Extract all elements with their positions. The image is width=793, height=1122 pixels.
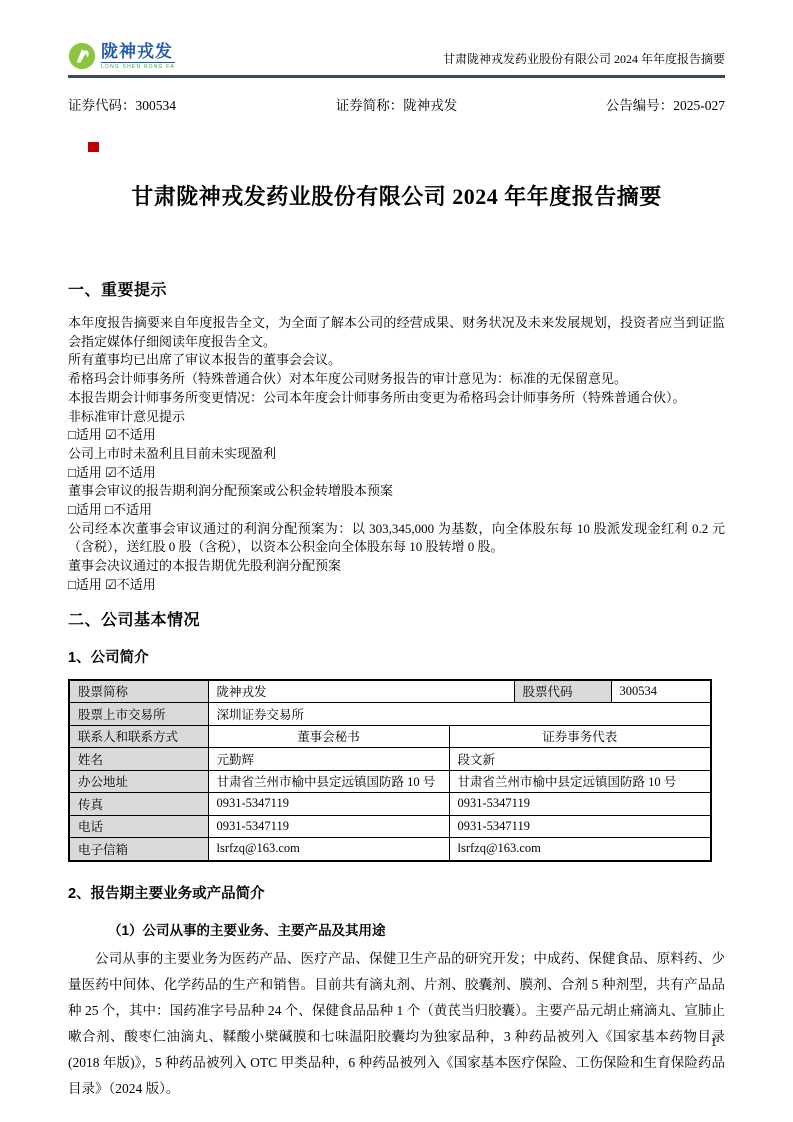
contact-representative-header-cell: 证券事务代表 (449, 725, 711, 748)
brand-subtitle: LONG SHEN RONG FA (101, 62, 175, 70)
company-profile-table: 股票简称 陇神戎发 股票代码 300534 股票上市交易所 深圳证券交易所 联系… (68, 679, 712, 862)
section-2-heading: 二、公司基本情况 (68, 607, 725, 630)
paragraph-line: 非标准审计意见提示 (68, 408, 725, 427)
page-header: 陇神戎发 LONG SHEN RONG FA 甘肃陇神戎发药业股份有限公司 20… (68, 0, 725, 78)
business-description: 公司从事的主要业务为医药产品、医疗产品、保健卫生产品的研究开发；中成药、保健食品… (68, 946, 725, 1102)
representative-value-cell: 段文新 (449, 748, 711, 771)
section-1-body: 本年度报告摘要来自年度报告全文，为全面了解本公司的经营成果、财务状况及未来发展规… (68, 314, 725, 595)
representative-value-cell: 0931-5347119 (449, 815, 711, 838)
securities-row: 证券代码：300534 证券简称：陇神戎发 公告编号：2025-027 (68, 94, 725, 114)
report-page: 陇神戎发 LONG SHEN RONG FA 甘肃陇神戎发药业股份有限公司 20… (0, 0, 793, 1122)
row-label-cell: 电子信箱 (69, 838, 208, 861)
brand-text: 陇神戎发 LONG SHEN RONG FA (101, 43, 175, 70)
exchange-value-cell: 深圳证券交易所 (208, 703, 711, 726)
stock-abbr-value-cell: 陇神戎发 (208, 680, 514, 703)
table-row: 姓名 元勤辉 段文新 (69, 748, 711, 771)
logo-icon (68, 42, 96, 70)
table-row: 电子信箱 lsrfzq@163.com lsrfzq@163.com (69, 838, 711, 861)
company-logo: 陇神戎发 LONG SHEN RONG FA (68, 42, 175, 70)
table-row: 联系人和联系方式 董事会秘书 证券事务代表 (69, 725, 711, 748)
contact-secretary-header-cell: 董事会秘书 (208, 725, 449, 748)
paragraph-line: 董事会决议通过的本报告期优先股利润分配预案 (68, 557, 725, 576)
paragraph-line: 公司上市时未盈利且目前未实现盈利 (68, 445, 725, 464)
paragraph-line: 公司经本次董事会审议通过的利润分配预案为：以 303,345,000 为基数，向… (68, 520, 725, 557)
secretary-value-cell: 0931-5347119 (208, 815, 449, 838)
stock-code-label-cell: 股票代码 (514, 680, 611, 703)
document-title: 甘肃陇神戎发药业股份有限公司 2024 年年度报告摘要 (60, 180, 733, 211)
paragraph-line: 所有董事均已出席了审议本报告的董事会会议。 (68, 351, 725, 370)
row-label-cell: 电话 (69, 815, 208, 838)
checkbox-line: □适用 ☑不适用 (68, 576, 725, 595)
brand-name: 陇神戎发 (101, 43, 175, 60)
table-row: 股票简称 陇神戎发 股票代码 300534 (69, 680, 711, 703)
paragraph-line: 希格玛会计师事务所（特殊普通合伙）对本年度公司财务报告的审计意见为：标准的无保留… (68, 370, 725, 389)
table-row: 办公地址 甘肃省兰州市榆中县定远镇国防路 10 号 甘肃省兰州市榆中县定远镇国防… (69, 770, 711, 793)
representative-value-cell: lsrfzq@163.com (449, 838, 711, 861)
stock-code-value-cell: 300534 (611, 680, 711, 703)
subsection-business-heading: 2、报告期主要业务或产品简介 (68, 882, 725, 903)
secretary-value-cell: 0931-5347119 (208, 793, 449, 816)
paragraph-line: 本年度报告摘要来自年度报告全文，为全面了解本公司的经营成果、财务状况及未来发展规… (68, 314, 725, 351)
table-row: 电话 0931-5347119 0931-5347119 (69, 815, 711, 838)
row-label-cell: 姓名 (69, 748, 208, 771)
table-row: 传真 0931-5347119 0931-5347119 (69, 793, 711, 816)
checkbox-line: □适用 □不适用 (68, 501, 725, 520)
secretary-value-cell: lsrfzq@163.com (208, 838, 449, 861)
row-label-cell: 传真 (69, 793, 208, 816)
secretary-value-cell: 元勤辉 (208, 748, 449, 771)
announcement-number: 公告编号：2025-027 (606, 94, 725, 114)
header-doc-title: 甘肃陇神戎发药业股份有限公司 2024 年年度报告摘要 (443, 50, 725, 70)
representative-value-cell: 甘肃省兰州市榆中县定远镇国防路 10 号 (449, 770, 711, 793)
red-annotation-mark (88, 142, 99, 152)
paragraph-line: 本报告期会计师事务所变更情况：公司本年度会计师事务所由变更为希格玛会计师事务所（… (68, 389, 725, 408)
row-label-cell: 办公地址 (69, 770, 208, 793)
business-item-heading: （1）公司从事的主要业务、主要产品及其用途 (68, 919, 725, 939)
stock-abbr-label-cell: 股票简称 (69, 680, 208, 703)
checkbox-line: □适用 ☑不适用 (68, 464, 725, 483)
page-number: 1 (711, 1034, 718, 1050)
section-1-heading: 一、重要提示 (68, 277, 725, 300)
subsection-company-profile-heading: 1、公司简介 (68, 646, 725, 667)
contact-label-cell: 联系人和联系方式 (69, 725, 208, 748)
table-row: 股票上市交易所 深圳证券交易所 (69, 703, 711, 726)
stock-code: 证券代码：300534 (68, 94, 336, 114)
paragraph-line: 董事会审议的报告期利润分配预案或公积金转增股本预案 (68, 482, 725, 501)
exchange-label-cell: 股票上市交易所 (69, 703, 208, 726)
secretary-value-cell: 甘肃省兰州市榆中县定远镇国防路 10 号 (208, 770, 449, 793)
representative-value-cell: 0931-5347119 (449, 793, 711, 816)
stock-abbr: 证券简称：陇神戎发 (336, 94, 458, 114)
checkbox-line: □适用 ☑不适用 (68, 426, 725, 445)
